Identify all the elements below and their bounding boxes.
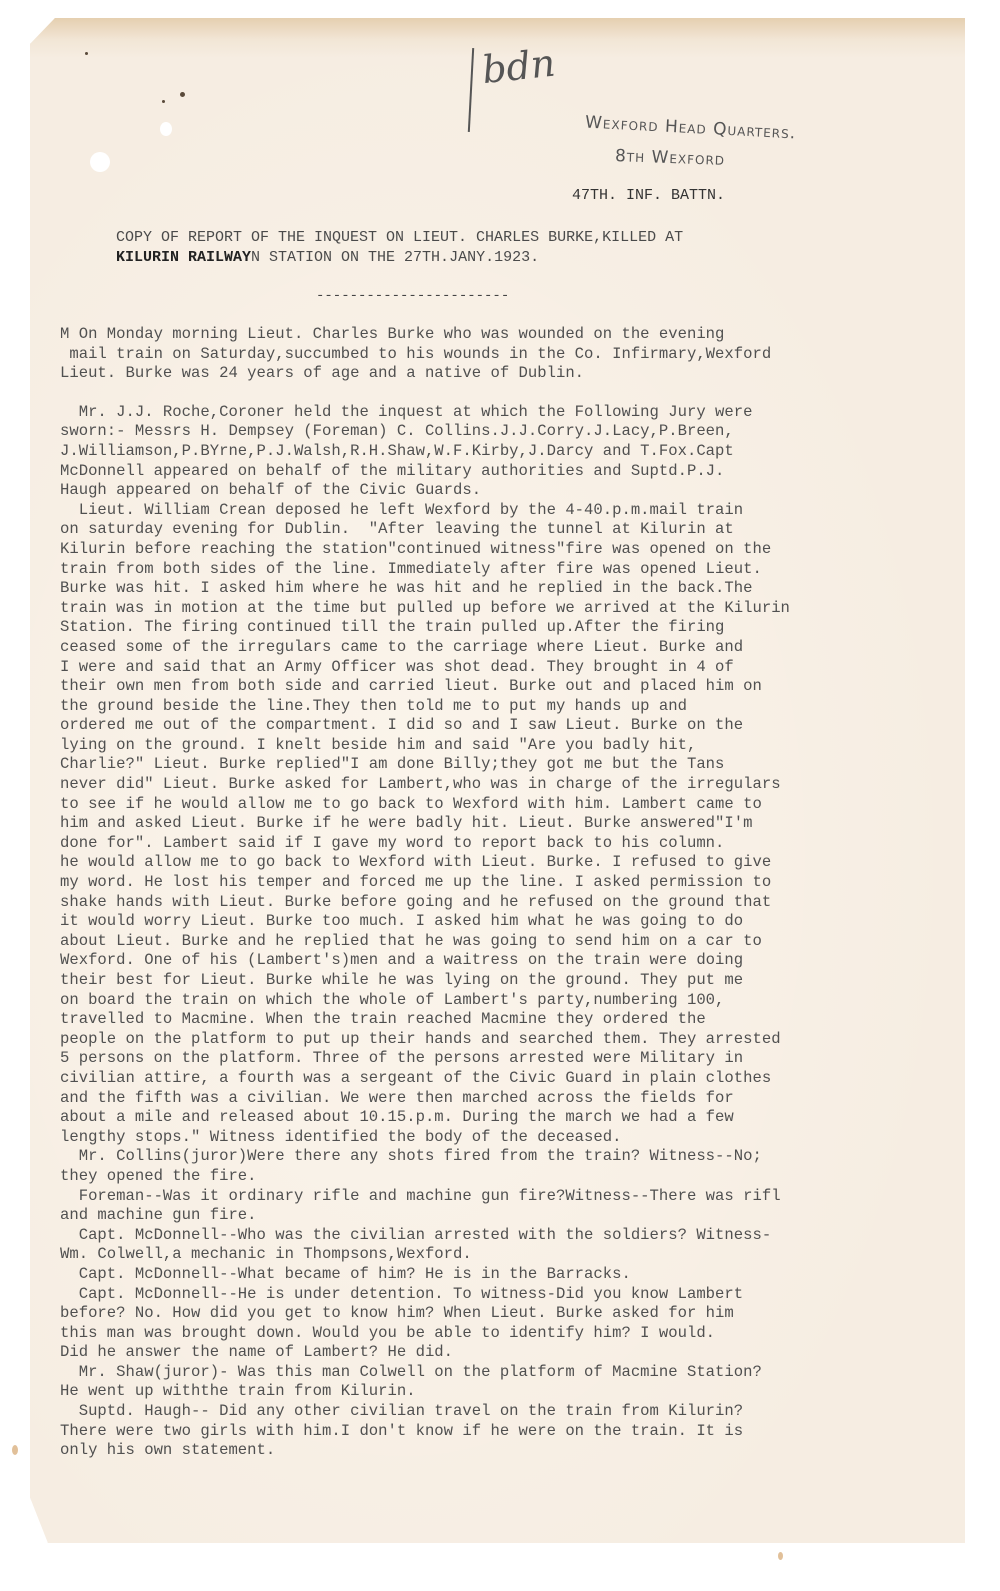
unit-heading: 47TH. INF. BATTN. bbox=[572, 187, 725, 204]
text-line: Suptd. Haugh-- Did any other civilian tr… bbox=[60, 1402, 970, 1422]
text-line: on saturday evening for Dublin. "After l… bbox=[60, 520, 970, 540]
text-line: Capt. McDonnell--Who was the civilian ar… bbox=[60, 1226, 970, 1246]
text-line: McDonnell appeared on behalf of the mili… bbox=[60, 462, 970, 482]
text-line: their best for Lieut. Burke while he was… bbox=[60, 971, 970, 991]
title-bold-place: KILURIN RAILWAY bbox=[116, 249, 251, 266]
text-line: sworn:- Messrs H. Dempsey (Foreman) C. C… bbox=[60, 422, 970, 442]
text-line: never did" Lieut. Burke asked for Lamber… bbox=[60, 775, 970, 795]
handwritten-annotation: bdn bbox=[468, 41, 557, 94]
text-line: people on the platform to put up their h… bbox=[60, 1030, 970, 1050]
text-line: train was in motion at the time but pull… bbox=[60, 599, 970, 619]
text-line: Did he answer the name of Lambert? He di… bbox=[60, 1343, 970, 1363]
text-line: lying on the ground. I knelt beside him … bbox=[60, 736, 970, 756]
title-line-2: N STATION ON THE 27TH.JANY.1923. bbox=[251, 249, 539, 266]
text-line: and machine gun fire. bbox=[60, 1206, 970, 1226]
report-body: M On Monday morning Lieut. Charles Burke… bbox=[60, 325, 970, 1461]
text-line bbox=[60, 384, 970, 403]
text-line: civilian attire, a fourth was a sergeant… bbox=[60, 1069, 970, 1089]
text-line: Burke was hit. I asked him where he was … bbox=[60, 579, 970, 599]
text-line: Lieut. Burke was 24 years of age and a n… bbox=[60, 364, 970, 384]
text-line: Mr. Shaw(juror)- Was this man Colwell on… bbox=[60, 1363, 970, 1383]
text-line: travelled to Macmine. When the train rea… bbox=[60, 1010, 970, 1030]
rust-stain bbox=[778, 1552, 783, 1560]
text-line: Wexford. One of his (Lambert's)men and a… bbox=[60, 951, 970, 971]
text-line: Foreman--Was it ordinary rifle and machi… bbox=[60, 1187, 970, 1207]
text-line: their own men from both side and carried… bbox=[60, 677, 970, 697]
text-line: only his own statement. bbox=[60, 1441, 970, 1461]
text-line: train from both sides of the line. Immed… bbox=[60, 560, 970, 580]
text-line: about a mile and released about 10.15.p.… bbox=[60, 1108, 970, 1128]
text-line: He went up withthe train from Kilurin. bbox=[60, 1382, 970, 1402]
text-line: J.Williamson,P.BYrne,P.J.Walsh,R.H.Shaw,… bbox=[60, 442, 970, 462]
ink-spot bbox=[85, 52, 88, 55]
text-line: Kilurin before reaching the station"cont… bbox=[60, 540, 970, 560]
title-line-1: COPY OF REPORT OF THE INQUEST ON LIEUT. … bbox=[116, 229, 683, 246]
text-line: and the fifth was a civilian. We were th… bbox=[60, 1089, 970, 1109]
stamp-line-2: 8th Wexford bbox=[615, 146, 726, 170]
text-line: it would worry Lieut. Burke too much. I … bbox=[60, 912, 970, 932]
punch-hole bbox=[160, 122, 172, 136]
separator-rule: ----------------------- bbox=[316, 288, 509, 304]
text-line: about Lieut. Burke and he replied that h… bbox=[60, 932, 970, 952]
text-line: they opened the fire. bbox=[60, 1167, 970, 1187]
text-line: Mr. Collins(juror)Were there any shots f… bbox=[60, 1147, 970, 1167]
text-line: Lieut. William Crean deposed he left Wex… bbox=[60, 501, 970, 521]
text-line: he would allow me to go back to Wexford … bbox=[60, 853, 970, 873]
text-line: Charlie?" Lieut. Burke replied"I am done… bbox=[60, 755, 970, 775]
text-line: Wm. Colwell,a mechanic in Thompsons,Wexf… bbox=[60, 1245, 970, 1265]
text-line: ceased some of the irregulars came to th… bbox=[60, 638, 970, 658]
text-line: Capt. McDonnell--What became of him? He … bbox=[60, 1265, 970, 1285]
text-line: mail train on Saturday,succumbed to his … bbox=[60, 345, 970, 365]
text-line: Haugh appeared on behalf of the Civic Gu… bbox=[60, 481, 970, 501]
text-line: on board the train on which the whole of… bbox=[60, 991, 970, 1011]
rust-stain bbox=[12, 1445, 18, 1455]
text-line: There were two girls with him.I don't kn… bbox=[60, 1422, 970, 1442]
text-line: lengthy stops." Witness identified the b… bbox=[60, 1128, 970, 1148]
text-line: M On Monday morning Lieut. Charles Burke… bbox=[60, 325, 970, 345]
text-line: Capt. McDonnell--He is under detention. … bbox=[60, 1285, 970, 1305]
text-line: Mr. J.J. Roche,Coroner held the inquest … bbox=[60, 403, 970, 423]
ink-spot bbox=[162, 100, 165, 103]
text-line: I were and said that an Army Officer was… bbox=[60, 658, 970, 678]
text-line: done for". Lambert said if I gave my wor… bbox=[60, 834, 970, 854]
text-line: the ground beside the line.They then tol… bbox=[60, 697, 970, 717]
text-line: this man was brought down. Would you be … bbox=[60, 1324, 970, 1344]
text-line: him and asked Lieut. Burke if he were ba… bbox=[60, 814, 970, 834]
text-line: before? No. How did you get to know him?… bbox=[60, 1304, 970, 1324]
text-line: shake hands with Lieut. Burke before goi… bbox=[60, 893, 970, 913]
text-line: ordered me out of the compartment. I did… bbox=[60, 716, 970, 736]
text-line: 5 persons on the platform. Three of the … bbox=[60, 1049, 970, 1069]
text-line: my word. He lost his temper and forced m… bbox=[60, 873, 970, 893]
punch-hole bbox=[90, 152, 110, 172]
text-line: to see if he would allow me to go back t… bbox=[60, 795, 970, 815]
ink-spot bbox=[180, 92, 185, 97]
report-title: COPY OF REPORT OF THE INQUEST ON LIEUT. … bbox=[116, 228, 683, 268]
text-line: Station. The firing continued till the t… bbox=[60, 618, 970, 638]
